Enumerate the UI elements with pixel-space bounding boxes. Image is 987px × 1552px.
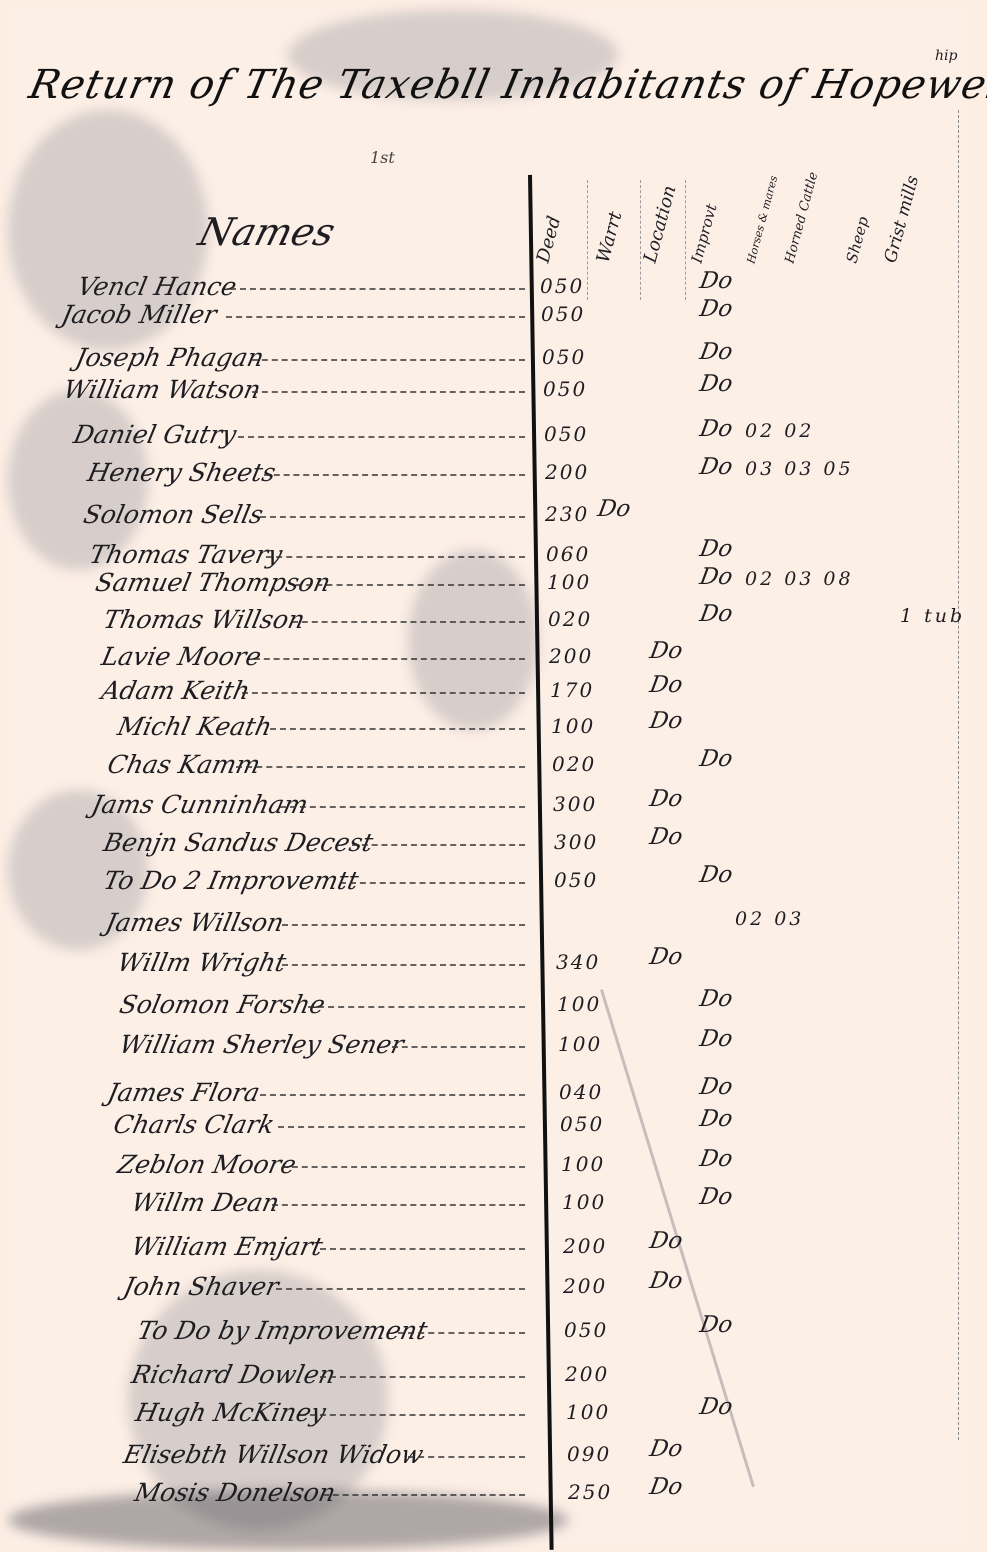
ditto-mark-location: Do [648,672,685,698]
livestock-counts: 02 02 [745,420,814,442]
ditto-mark-improvement: Do [698,1312,735,1338]
dotted-leader [252,391,525,393]
ditto-mark-improvement: Do [698,1146,735,1172]
dotted-leader [236,766,525,768]
deed-acres: 200 [563,1274,607,1298]
table-row: Charls Clark050Do [0,1110,987,1146]
dotted-leader [292,621,525,623]
resident-name: William Emjart [129,1232,326,1261]
resident-name: Samuel Thompson [93,568,333,597]
resident-name: Richard Dowlen [129,1360,338,1389]
ditto-mark-improvement: Do [698,1394,735,1420]
resident-name: Thomas Willson [101,605,308,634]
dotted-leader [308,1006,525,1008]
table-row: Thomas Willson020Do1 tub [0,605,987,641]
deed-acres: 200 [565,1362,609,1386]
deed-acres: 050 [554,868,598,892]
ditto-mark-improvement: Do [698,371,735,397]
resident-name: Vencl Hance [75,272,239,301]
resident-name: Jacob Miller [59,300,219,329]
column-header-cattle: Horned Cattle [797,175,837,265]
resident-name: Jams Cunninham [89,790,311,819]
document-title: Return of The Taxebll Inhabitants of Hop… [25,62,987,108]
resident-name: Willm Wright [115,948,289,977]
dotted-leader [276,1288,525,1290]
ditto-mark-improvement: Do [698,416,735,442]
ditto-mark-improvement: Do [698,601,735,627]
table-row: Solomon Sells230Do [0,500,987,536]
resident-name: Henery Sheets [85,458,278,487]
ditto-mark-improvement: Do [698,536,735,562]
resident-name: Benjn Sandus Decest [101,828,376,857]
ditto-mark-location: Do [648,786,685,812]
dotted-leader [278,1126,525,1128]
dotted-leader [320,1376,525,1378]
ditto-mark-improvement: Do [698,268,735,294]
ditto-mark-improvement: Do [698,1106,735,1132]
dotted-leader [226,316,525,318]
resident-name: Willm Dean [129,1188,282,1217]
ditto-mark-improvement: Do [698,1184,735,1210]
grist-mill-entry: 1 tub [900,605,965,627]
resident-name: Solomon Forshe [117,990,328,1019]
table-row: William Emjart200Do [0,1232,987,1268]
table-row: Zeblon Moore100Do [0,1150,987,1186]
table-row: James Willson02 03 [0,908,987,944]
table-row: William Watson050Do [0,375,987,411]
dotted-leader [340,882,525,884]
names-column-header: Names [194,210,340,254]
dotted-leader [252,359,525,361]
deed-acres: 100 [558,1032,602,1056]
dotted-leader [260,1094,525,1096]
ditto-mark-warrant: Do [596,496,633,522]
table-row: Jacob Miller050Do [0,300,987,336]
dotted-leader [282,964,525,966]
ditto-mark-improvement: Do [698,564,735,590]
ditto-mark-location: Do [648,638,685,664]
resident-name: William Watson [61,375,263,404]
dotted-leader [323,1494,525,1496]
resident-name: To Do by Improvement [135,1316,430,1345]
deed-acres: 100 [566,1400,610,1424]
dotted-leader [242,692,525,694]
resident-name: Zeblon Moore [115,1150,299,1179]
table-row: Hugh McKiney100Do [0,1398,987,1434]
table-row: Lavie Moore200Do [0,642,987,678]
resident-name: John Shaver [121,1272,281,1301]
livestock-counts: 02 03 08 [745,568,854,590]
dotted-leader [272,1204,525,1206]
deed-acres: 050 [564,1318,608,1342]
deed-acres: 020 [552,752,596,776]
resident-name: Michl Keath [115,712,275,741]
table-row: Solomon Forshe100Do [0,990,987,1026]
dotted-leader [270,728,525,730]
deed-acres: 300 [553,792,597,816]
dotted-leader [230,288,525,290]
resident-name: William Sherley Sener [117,1030,407,1059]
ditto-mark-location: Do [648,708,685,734]
column-header-improvement: Improvt [705,175,745,265]
deed-acres: 100 [551,714,595,738]
resident-name: Joseph Phagan [73,343,267,372]
dotted-leader [282,924,525,926]
ditto-mark-improvement: Do [698,454,735,480]
table-row: Willm Dean100Do [0,1188,987,1224]
deed-acres: 050 [543,377,587,401]
dotted-leader [254,658,525,660]
page-mark: 1st [370,148,395,167]
table-row: Mosis Donelson250Do [0,1478,987,1514]
deed-acres: 040 [559,1080,603,1104]
resident-name: Hugh McKiney [133,1398,328,1427]
resident-name: Solomon Sells [81,500,266,529]
deed-acres: 300 [554,830,598,854]
ditto-mark-location: Do [648,1268,685,1294]
resident-name: Thomas Tavery [87,540,285,569]
deed-acres: 230 [545,502,589,526]
deed-acres: 020 [548,607,592,631]
dotted-leader [282,1166,525,1168]
deed-acres: 200 [549,644,593,668]
deed-acres: 200 [563,1234,607,1258]
deed-acres: 100 [557,992,601,1016]
deed-acres: 050 [540,274,584,298]
table-row: Daniel Gutry050Do02 02 [0,420,987,456]
dotted-leader [300,1414,525,1416]
table-row: Michl Keath100Do [0,712,987,748]
dotted-leader [398,1332,525,1334]
deed-acres: 060 [546,542,590,566]
table-row: William Sherley Sener100Do [0,1030,987,1066]
ditto-mark-location: Do [648,944,685,970]
resident-name: Elisebth Willson Widow [121,1440,426,1469]
deed-acres: 340 [556,950,600,974]
ditto-mark-improvement: Do [698,746,735,772]
table-row: Adam Keith170Do [0,676,987,712]
resident-name: Chas Kamm [105,750,263,779]
resident-name: James Willson [103,908,287,937]
dotted-leader [266,556,525,558]
deed-acres: 250 [568,1480,612,1504]
ditto-mark-improvement: Do [698,296,735,322]
deed-acres: 050 [542,345,586,369]
deed-acres: 170 [550,678,594,702]
scanned-document-page: Return of The Taxebll Inhabitants of Hop… [0,0,987,1552]
table-row: Henery Sheets200Do03 03 05 [0,458,987,494]
ditto-mark-location: Do [648,1228,685,1254]
table-row: Samuel Thompson100Do02 03 08 [0,568,987,604]
resident-name: Lavie Moore [99,642,264,671]
table-row: Joseph Phagan050Do [0,343,987,379]
dotted-leader [238,436,525,438]
title-superscript: hip [935,48,957,64]
ditto-mark-improvement: Do [698,1074,735,1100]
deed-acres: 050 [541,302,585,326]
table-row: Elisebth Willson Widow090Do [0,1440,987,1476]
ditto-mark-improvement: Do [698,862,735,888]
deed-acres: 100 [547,570,591,594]
dotted-leader [264,474,525,476]
deed-acres: 200 [545,460,589,484]
table-row: James Flora040Do [0,1078,987,1114]
table-row: To Do by Improvement050Do [0,1316,987,1352]
table-row: John Shaver200Do [0,1272,987,1308]
resident-name: To Do 2 Improvemtt [101,866,361,895]
resident-name: James Flora [105,1078,263,1107]
dotted-leader [408,1456,525,1458]
column-header-mills: Grist mills [900,175,940,265]
deed-acres: 050 [544,422,588,446]
ditto-mark-location: Do [648,824,685,850]
dotted-leader [320,1248,525,1250]
ditto-mark-improvement: Do [698,986,735,1012]
table-row: Richard Dowlen200 [0,1360,987,1396]
livestock-counts: 03 03 05 [745,458,854,480]
ditto-mark-location: Do [648,1474,685,1500]
ditto-mark-improvement: Do [698,1026,735,1052]
resident-name: Adam Keith [99,676,253,705]
resident-name: Charls Clark [111,1110,277,1139]
resident-name: Mosis Donelson [132,1478,338,1507]
dotted-leader [392,1046,525,1048]
dotted-leader [352,844,525,846]
table-row: Benjn Sandus Decest300Do [0,828,987,864]
table-row: Willm Wright340Do [0,948,987,984]
deed-acres: 100 [561,1152,605,1176]
ditto-mark-improvement: Do [698,339,735,365]
dotted-leader [296,584,525,586]
deed-acres: 090 [567,1442,611,1466]
livestock-counts: 02 03 [735,908,804,930]
deed-acres: 100 [562,1190,606,1214]
deed-acres: 050 [560,1112,604,1136]
table-row: To Do 2 Improvemtt050Do [0,866,987,902]
resident-name: Daniel Gutry [71,420,239,449]
table-row: Jams Cunninham300Do [0,790,987,826]
dotted-leader [260,516,525,518]
dotted-leader [280,806,525,808]
ditto-mark-location: Do [648,1436,685,1462]
table-row: Chas Kamm020Do [0,750,987,786]
